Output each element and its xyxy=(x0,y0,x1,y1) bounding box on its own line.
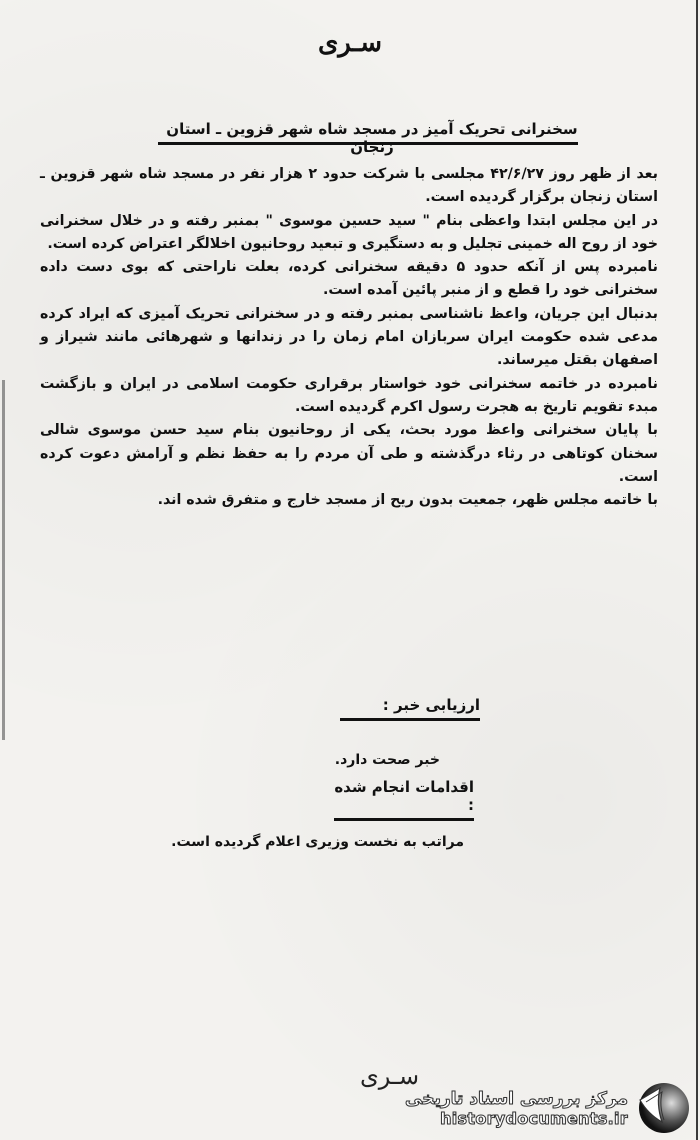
watermark-text: مرکز بررسی اسناد تاریخی historydocuments… xyxy=(405,1089,628,1128)
section-heading-actions: اقدامات انجام شده : xyxy=(334,778,474,821)
subject-underline xyxy=(158,142,578,145)
page-edge-left xyxy=(2,380,5,740)
section-heading-text: اقدامات انجام شده : xyxy=(334,778,474,814)
paragraph: با پایان سخنرانی واعظ مورد بحث، یکی از ر… xyxy=(40,419,658,489)
paragraph: بدنبال این جریان، واعظ ناشناسی بمنبر رفت… xyxy=(40,303,658,373)
document-subject: سخنرانی تحریک آمیز در مسجد شاه شهر قزوین… xyxy=(162,120,582,156)
classification-header: سـری xyxy=(0,28,700,58)
paragraph: نامبرده در خاتمه سخنرانی خود خواستار برق… xyxy=(40,373,658,420)
watermark-org-name: مرکز بررسی اسناد تاریخی xyxy=(405,1089,628,1109)
paragraph: نامبرده پس از آنکه حدود ۵ دقیقه سخنرانی … xyxy=(40,256,658,303)
actions-text: مراتب به نخست وزیری اعلام گردیده است. xyxy=(171,834,464,850)
section-heading-underline xyxy=(334,818,474,821)
section-heading-underline xyxy=(340,718,480,721)
watermark: مرکز بررسی اسناد تاریخی historydocuments… xyxy=(405,1080,690,1136)
document-page: سـری سخنرانی تحریک آمیز در مسجد شاه شهر … xyxy=(0,0,700,1140)
paragraph: در این مجلس ابتدا واعظی بنام " سید حسین … xyxy=(40,210,658,257)
paragraph: بعد از ظهر روز ۴۲/۶/۲۷ مجلسی با شرکت حدو… xyxy=(40,163,658,210)
document-pages-logo-icon xyxy=(634,1080,690,1136)
evaluation-text: خبر صحت دارد. xyxy=(335,752,440,768)
paragraph: با خاتمه مجلس ظهر، جمعیت بدون ریح از مسج… xyxy=(40,489,658,512)
document-body: بعد از ظهر روز ۴۲/۶/۲۷ مجلسی با شرکت حدو… xyxy=(40,163,658,512)
watermark-website: historydocuments.ir xyxy=(440,1109,628,1128)
page-edge-right xyxy=(696,0,698,1140)
section-heading-text: ارزیابی خبر : xyxy=(383,696,480,714)
section-heading-evaluation: ارزیابی خبر : xyxy=(340,696,480,721)
